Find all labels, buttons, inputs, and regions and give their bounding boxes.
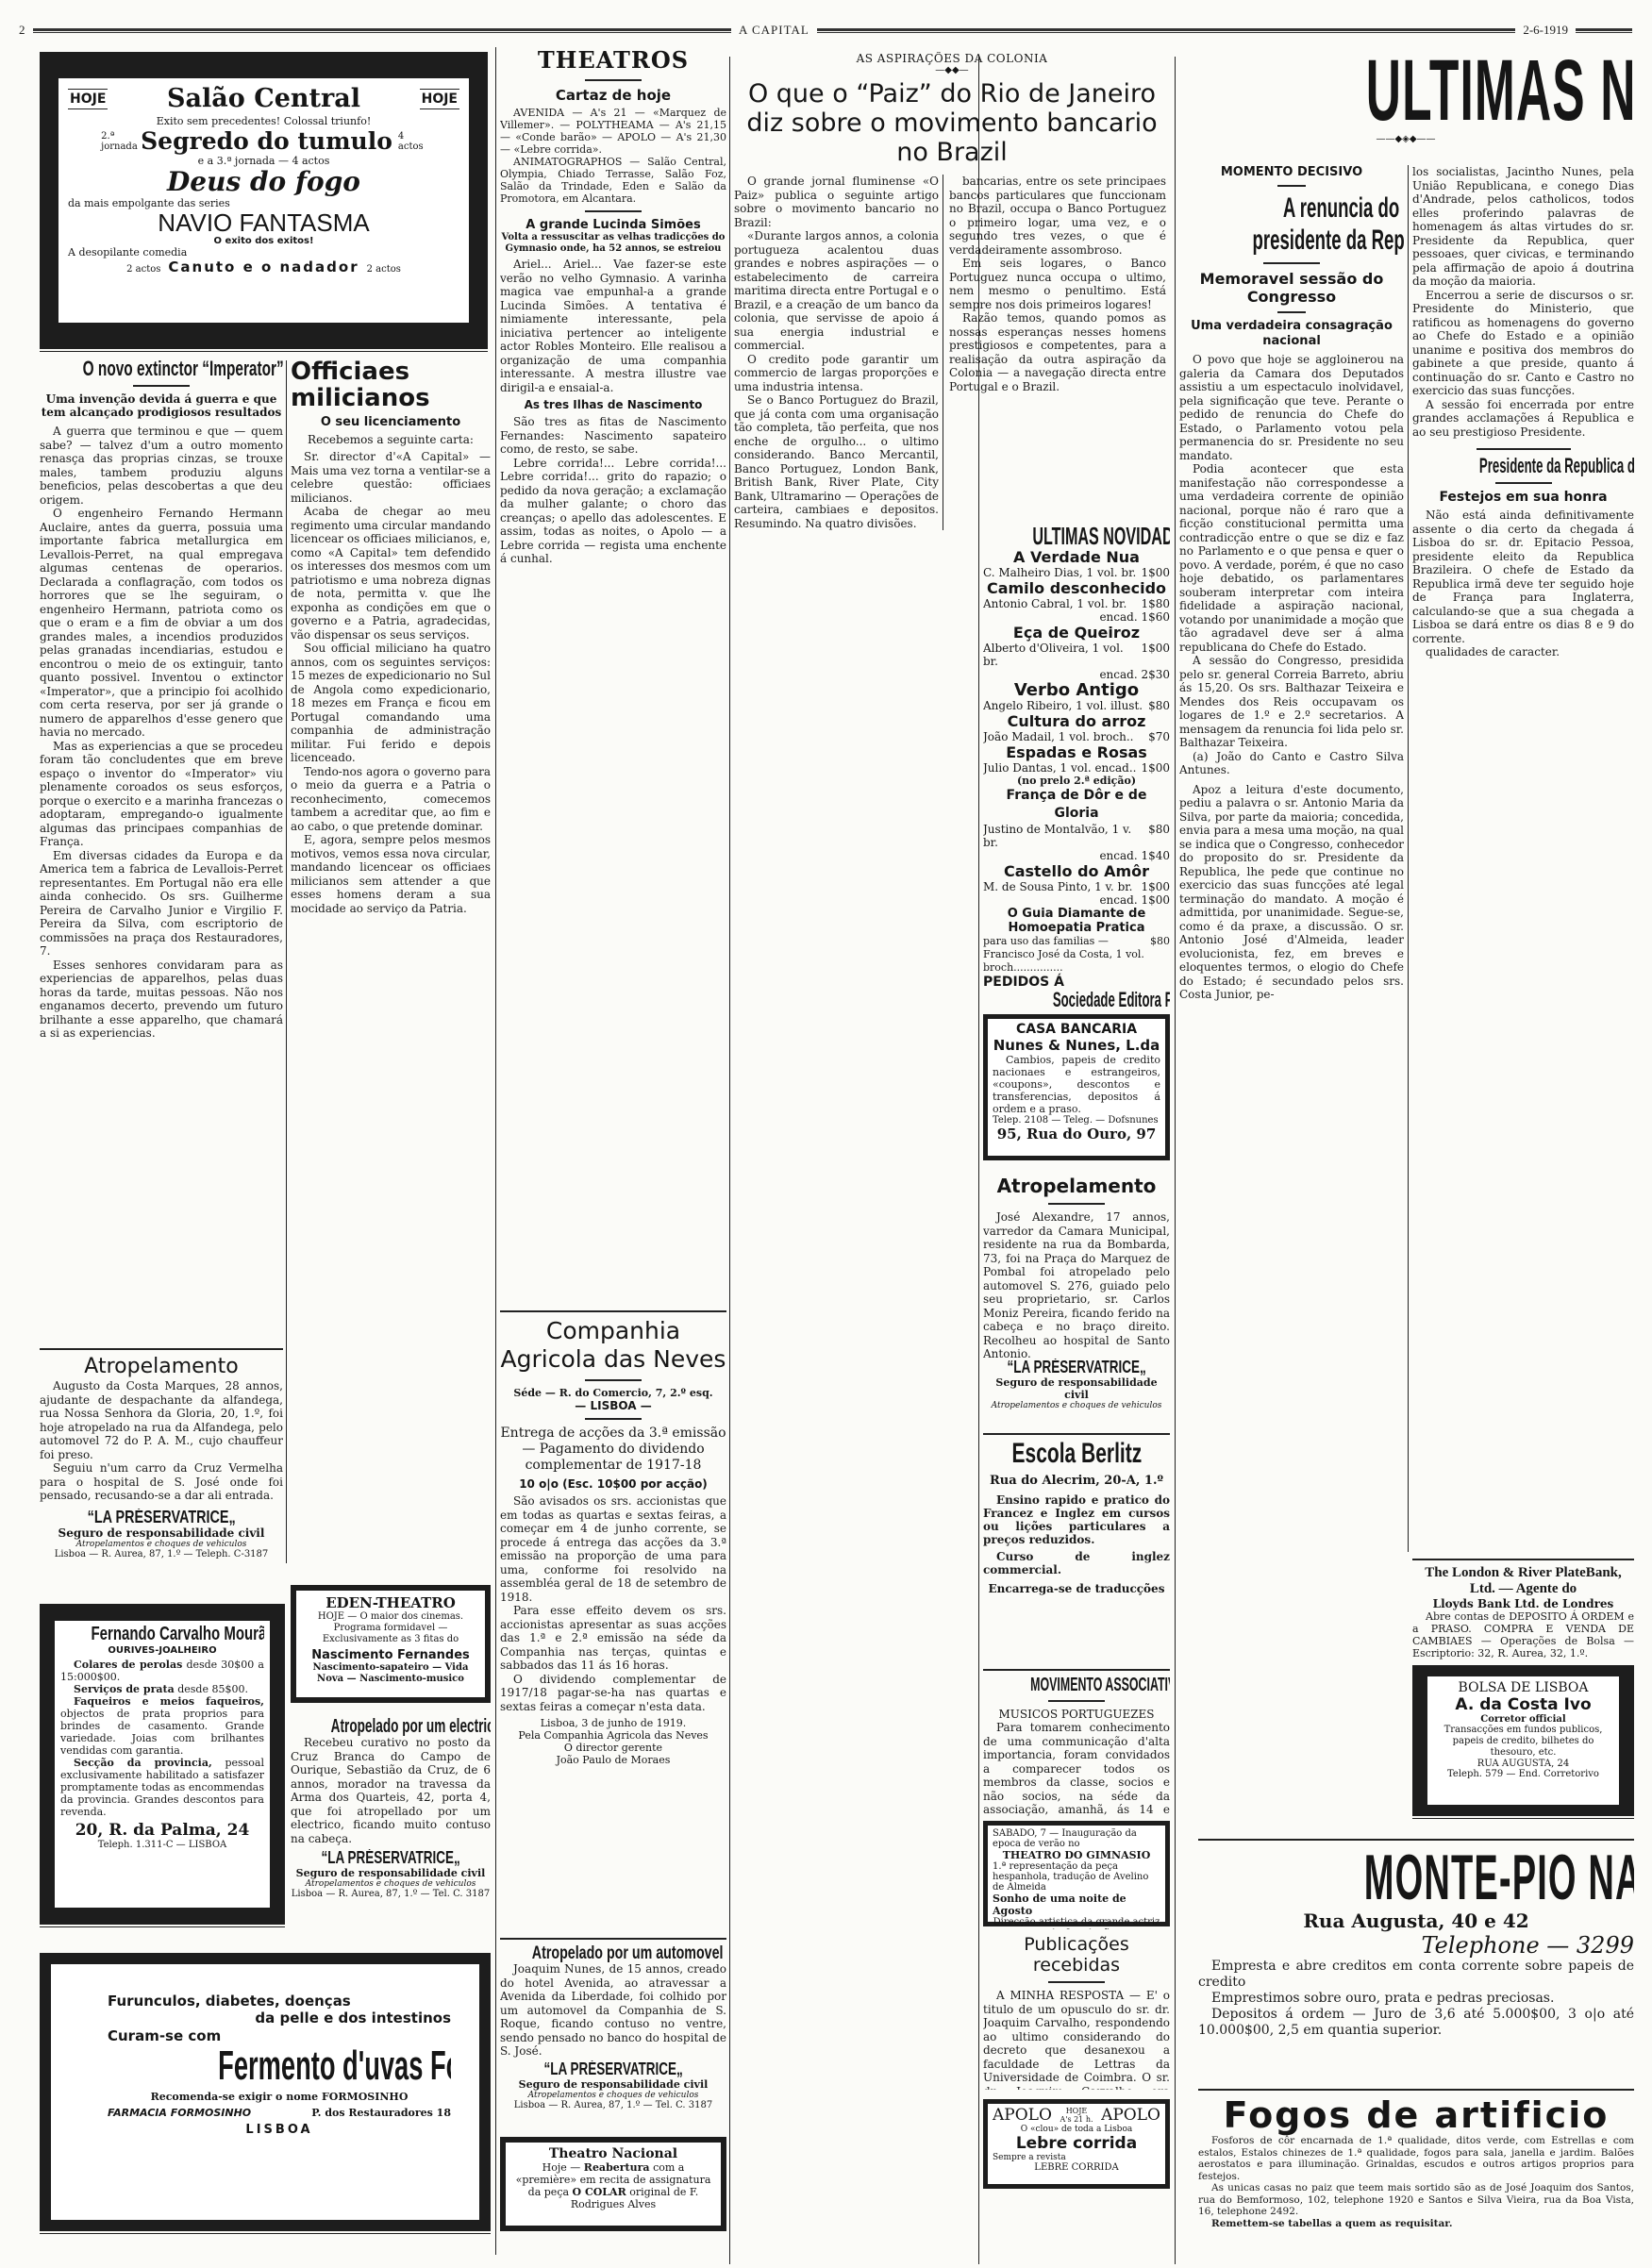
publisher-name: Sociedade Editora Portugal Brazil L.da bbox=[1043, 990, 1170, 1009]
actress-name: Lucinda Simões bbox=[993, 1927, 1160, 1929]
ad-paragraph: Depositos á ordem — Juro de 3,6 até 5.00… bbox=[1198, 2007, 1634, 2039]
divider bbox=[1412, 1559, 1634, 1561]
atropelamento-article: Atropelamento Augusto da Costa Marques, … bbox=[40, 1344, 283, 1566]
insurer-address: Lisboa — R. Aurea, 87, 1.º — Tel. C. 318… bbox=[500, 2100, 726, 2110]
film-acts: 4 actos bbox=[398, 131, 426, 152]
broker-name: A. da Costa Ivo bbox=[1433, 1695, 1613, 1714]
insurer-subline: Atropelamentos e choques de vehiculos bbox=[40, 1540, 283, 1549]
book-title: A Verdade Nua bbox=[983, 548, 1170, 566]
ultimas-noticias-banner: ULTIMAS NOTICIAS ——◆◈◆—— bbox=[1179, 47, 1632, 160]
renuncia-article-cont: los socialistas, Jacintho Nunes, pela Un… bbox=[1412, 165, 1634, 1543]
article-column: bancarias, entre os sete principaes banc… bbox=[949, 175, 1166, 530]
ad-trade: OURIVES-JOALHEIRO bbox=[60, 1645, 264, 1656]
comedy-title: Canuto e o nadador bbox=[168, 258, 359, 275]
ad-item-bold: Secção da provincia, bbox=[74, 1757, 212, 1769]
insurer-subline: Atropelamentos e choques de vehiculos bbox=[500, 2091, 726, 2100]
divider bbox=[1048, 1203, 1105, 1205]
book-price: 1$00 bbox=[1141, 566, 1170, 579]
broker-role: Corretor official bbox=[1433, 1714, 1613, 1725]
org-name: MUSICOS PORTUGUEZES bbox=[983, 1708, 1170, 1721]
series-title: NAVIO FANTASMA bbox=[68, 209, 459, 236]
article-paragraph: Ariel... Ariel... Vae fazer-se este verã… bbox=[500, 258, 726, 394]
london-bank-ad: The London & River PlateBank, Ltd. — Age… bbox=[1412, 1555, 1634, 1663]
article-paragraph: A MINHA RESPOSTA — E' o titulo de um opu… bbox=[983, 1989, 1170, 2090]
ad-paragraph: Fosforos de côr encarnada de 1.ª qualida… bbox=[1198, 2135, 1634, 2182]
berlitz-ad: Escola Berlitz Rua do Alecrim, 20-A, 1.º… bbox=[983, 1429, 1170, 1660]
divider bbox=[585, 1379, 642, 1381]
ad-line: LEBRE CORRIDA bbox=[993, 2162, 1160, 2173]
film-title-2: Deus do fogo bbox=[68, 167, 459, 197]
ad-hour: A's 21 h. bbox=[1060, 2115, 1093, 2124]
divider bbox=[500, 1310, 726, 1313]
ad-paragraph: Empresta e abre creditos em conta corren… bbox=[1198, 1959, 1634, 1991]
column-divider bbox=[1408, 165, 1409, 1552]
dividend-rate: 10 o|o (Esc. 10$00 por acção) bbox=[500, 1477, 726, 1491]
book-title: Verbo Antigo bbox=[983, 681, 1170, 699]
ad-phone: Teleph. 1.311-C — LISBOA bbox=[60, 1840, 264, 1850]
article-subhead: Uma invenção devida á guerra e que tem a… bbox=[40, 392, 283, 419]
book-note: (no prelo 2.ª edição) bbox=[983, 775, 1170, 787]
article-paragraph: Não está ainda definitivamente assente o… bbox=[1412, 509, 1634, 645]
bank-name: Nunes & Nunes, L.da bbox=[993, 1037, 1160, 1054]
article-paragraph: Lebre corrida!... Lebre corrida!... Lebr… bbox=[500, 457, 726, 566]
ad-line: da pelle e dos intestinos bbox=[108, 2010, 451, 2026]
ad-item: Faqueiros e meios faqueiros, objectos de… bbox=[60, 1695, 264, 1757]
book-bound-price: encad. 2$30 bbox=[983, 668, 1170, 681]
ad-phone: Telephone — 3299 bbox=[1198, 1932, 1634, 1959]
book-author: Julio Dantas, 1 vol. encad.. bbox=[983, 761, 1136, 775]
ad-item: Colares de perolas desde 30$00 a 15:000$… bbox=[60, 1659, 264, 1683]
article-headline: Atropelado por um electrico bbox=[331, 1717, 491, 1736]
book-price: $70 bbox=[1148, 730, 1170, 743]
book-price: $80 bbox=[1148, 699, 1170, 712]
article-paragraph: Em seis logares, o Banco Portuguez nunca… bbox=[949, 257, 1166, 311]
article-headline: A renuncia do sr. presidente da Republic… bbox=[1245, 192, 1404, 257]
article-subhead: Memoravel sessão do Congresso bbox=[1179, 270, 1404, 306]
theatre-listing: AVENIDA — A's 21 — «Marquez de Villemer»… bbox=[500, 107, 726, 156]
insurer-address: Lisboa — R. Aurea, 87, 1.º — Tel. C. 318… bbox=[291, 1889, 491, 1899]
book-row: Alberto d'Oliveira, 1 vol. br.1$00 bbox=[983, 642, 1170, 668]
article-headline: Officiaes milicianos bbox=[291, 359, 491, 411]
salao-central-ad: HOJE Salão Central HOJE Exito sem preced… bbox=[40, 52, 488, 354]
venue-name: APOLO bbox=[993, 2106, 1052, 2125]
play-title: Sonho de uma noite de Agosto bbox=[993, 1893, 1160, 1917]
notice-date: Lisboa, 3 de junho de 1919. bbox=[500, 1717, 726, 1729]
ad-address: 95, Rua do Ouro, 97 bbox=[993, 1126, 1160, 1142]
column-divider bbox=[729, 57, 730, 2264]
ad-note: Recomenda-se exigir o nome FORMOSINHO bbox=[108, 2091, 451, 2103]
ad-paragraph: Ensino rapido e pratico do Francez e Ing… bbox=[983, 1493, 1170, 1546]
school-address: Rua do Alecrim, 20-A, 1.º bbox=[983, 1474, 1170, 1488]
ad-item-text: desde 85$00. bbox=[177, 1683, 248, 1695]
ad-phone: Telep. 2108 — Teleg. — Dofsnunes bbox=[993, 1115, 1160, 1126]
gimnasio-ad: SABADO, 7 — Inauguração da epoca de verã… bbox=[983, 1821, 1170, 1929]
book-price: 1$00 bbox=[1141, 880, 1170, 893]
book-author: para uso das familias — Francisco José d… bbox=[983, 935, 1150, 975]
publicacoes-recebidas: Publicações recebidas A MINHA RESPOSTA —… bbox=[983, 1934, 1170, 2090]
ad-line: O «clou» de toda a Lisboa bbox=[993, 2125, 1160, 2134]
divider bbox=[585, 210, 642, 212]
ad-address: Rua Augusta, 40 e 42 bbox=[1198, 1909, 1634, 1932]
insurer-subline: Atropelamentos e choques de vehiculos bbox=[291, 1879, 491, 1889]
book-row: Angelo Ribeiro, 1 vol. illust.$80 bbox=[983, 699, 1170, 712]
theatros-section: THEATROS Cartaz de hoje AVENIDA — A's 21… bbox=[500, 47, 726, 774]
theatro-nacional-ad: Theatro Nacional Hoje — Reabertura com a… bbox=[500, 2137, 726, 2236]
book-title: Espadas e Rosas bbox=[983, 743, 1170, 761]
book-row: João Madail, 1 vol. broch..$70 bbox=[983, 730, 1170, 743]
divider bbox=[133, 385, 190, 387]
ad-body: Hoje — Reabertura com a «première» em re… bbox=[513, 2161, 713, 2210]
article-paragraph: qualidades de caracter. bbox=[1412, 645, 1634, 659]
article-paragraph: «Durante largos annos, a colonia portugu… bbox=[734, 229, 939, 353]
article-headline: Atropelamento bbox=[40, 1355, 283, 1379]
article-headline: A grande Lucinda Simões bbox=[500, 218, 726, 232]
article-paragraph: Se o Banco Portuguez do Brazil, que já c… bbox=[734, 393, 939, 530]
notice-company: Pela Companhia Agricola das Neves bbox=[500, 1729, 726, 1742]
ad-line: Furunculos, diabetes, doenças bbox=[108, 1993, 451, 2010]
ad-paragraph: As unicas casas no paiz que teem mais so… bbox=[1198, 2182, 1634, 2218]
book-title: Cultura do arroz bbox=[983, 712, 1170, 730]
ad-body: Cambios, papeis de credito nacionaes e e… bbox=[993, 1054, 1160, 1115]
bolsa-lisboa-ad: BOLSA DE LISBOA A. da Costa Ivo Corretor… bbox=[1412, 1665, 1634, 1821]
article-intro: Recebemos a seguinte carta: bbox=[291, 433, 491, 446]
section-title: MOVIMENTO ASSOCIATIVO bbox=[1030, 1676, 1170, 1694]
book-price: $80 bbox=[1150, 935, 1170, 975]
ad-address: 20, R. da Palma, 24 bbox=[60, 1821, 264, 1840]
ad-title: Fogos de artificio bbox=[1198, 2095, 1634, 2135]
divider bbox=[1277, 185, 1306, 187]
book-title: Camilo desconhecido bbox=[983, 579, 1170, 597]
ad-tagline: Exito sem precedentes! Colossal triunfo! bbox=[68, 115, 459, 127]
article-headline: O que o “Paiz” do Rio de Janeiro diz sob… bbox=[734, 79, 1170, 167]
school-name: Escola Berlitz bbox=[1011, 1440, 1142, 1468]
article-headline: Presidente da Republica do Brazil bbox=[1479, 456, 1634, 476]
book-author: Angelo Ribeiro, 1 vol. illust. bbox=[983, 699, 1143, 712]
ad-item-bold: Colares de perolas bbox=[74, 1659, 182, 1671]
book-price: $80 bbox=[1148, 823, 1170, 849]
monte-pio-ad: MONTE-PIO NACIONAL Rua Augusta, 40 e 42 … bbox=[1198, 1835, 1634, 2085]
ad-line: Curam-se com bbox=[108, 2026, 451, 2045]
notice-role: O director gerente bbox=[500, 1742, 726, 1754]
book-row: Julio Dantas, 1 vol. encad..1$00 bbox=[983, 761, 1170, 775]
section-title: Publicações recebidas bbox=[983, 1934, 1170, 1976]
article-paragraph: Sr. director d'«A Capital» — Mais uma ve… bbox=[291, 450, 491, 505]
article-subhead: Volta a ressuscitar as velhas tradicções… bbox=[500, 232, 726, 255]
casa-bancaria-ad: CASA BANCARIA Nunes & Nunes, L.da Cambio… bbox=[983, 1014, 1170, 1165]
insurer-address: Lisboa — R. Aurea, 87, 1.º — Teleph. C-3… bbox=[40, 1549, 283, 1559]
divider bbox=[1477, 448, 1571, 450]
ad-line: Direcção artistica da grande actriz bbox=[993, 1917, 1160, 1927]
divider bbox=[1198, 1839, 1634, 1842]
series-tagline: O exito dos exitos! bbox=[68, 236, 459, 246]
company-city: — LISBOA — bbox=[500, 1399, 726, 1412]
article-headline: As tres Ilhas de Nascimento bbox=[500, 398, 726, 411]
article-paragraph: Augusto da Costa Marques, 28 annos, ajud… bbox=[40, 1379, 283, 1461]
product-name: Fermento d'uvas Formosinho bbox=[218, 2045, 451, 2087]
divider bbox=[585, 1418, 642, 1420]
notice-paragraph: São avisados os srs. accionistas que em … bbox=[500, 1494, 726, 1604]
companhia-neves-notice: Companhia Agricola das Neves Séde — R. d… bbox=[500, 1307, 726, 1910]
book-bound-price: encad. 1$60 bbox=[983, 610, 1170, 624]
movimento-associativo: MOVIMENTO ASSOCIATIVO MUSICOS PORTUGUEZE… bbox=[983, 1665, 1170, 1816]
article-deck: Uma verdadeira consagração nacional bbox=[1179, 319, 1404, 349]
ad-line: 1.ª representação da peça hespanhola, tr… bbox=[993, 1861, 1160, 1893]
jornada-label: 2.ª jornada bbox=[101, 131, 135, 152]
ad-bold: Reabertura bbox=[584, 2161, 650, 2174]
apolo-ad: APOLO HOJEA's 21 h. APOLO O «clou» de to… bbox=[983, 2099, 1170, 2193]
masthead-rule bbox=[1576, 28, 1632, 33]
section-title: THEATROS bbox=[500, 47, 726, 74]
ad-item: Secção da provincia, pessoal exclusivame… bbox=[60, 1757, 264, 1818]
divider bbox=[983, 1669, 1170, 1672]
book-title: Eça de Queiroz bbox=[983, 624, 1170, 642]
bank-name: The London & River PlateBank, Ltd. — Age… bbox=[1412, 1565, 1634, 1597]
ad-title: CASA BANCARIA bbox=[993, 1022, 1160, 1037]
divider bbox=[983, 1433, 1170, 1436]
divider bbox=[585, 79, 642, 81]
divider bbox=[1048, 1700, 1105, 1702]
article-paragraph: A sessão foi encerrada por entre grandes… bbox=[1412, 398, 1634, 440]
ad-bold: O COLAR bbox=[573, 2186, 626, 2198]
book-title: O Guia Diamante de Homoepatia Pratica bbox=[983, 907, 1170, 935]
divider bbox=[1198, 2089, 1634, 2092]
newspaper-page: 2 A CAPITAL 2-6-1919 HOJE Salão Central … bbox=[0, 0, 1652, 2268]
article-headline: Atropelado por um automovel bbox=[532, 1944, 724, 1962]
article-paragraph: O engenheiro Fernando Hermann Auclaire, … bbox=[40, 507, 283, 740]
eden-theatro-ad: EDEN-THEATRO HOJE — O maior dos cinemas.… bbox=[291, 1585, 491, 1708]
column-divider bbox=[495, 47, 496, 2255]
masthead-rule bbox=[817, 28, 1516, 33]
article-paragraph: São tres as fitas de Nascimento Fernande… bbox=[500, 415, 726, 457]
book-row: Antonio Cabral, 1 vol. br.1$80 bbox=[983, 597, 1170, 610]
ad-paragraph: Encarrega-se de traducções bbox=[983, 1582, 1170, 1595]
article-paragraph: O credito pode garantir um commercio de … bbox=[734, 353, 939, 394]
divider bbox=[1048, 1981, 1105, 1983]
ad-title: EDEN-THEATRO bbox=[304, 1594, 477, 1611]
section-banner: ULTIMAS NOTICIAS bbox=[1366, 47, 1632, 134]
divider bbox=[40, 1348, 283, 1351]
article-paragraph: Tendo-nos agora o governo para o meio da… bbox=[291, 765, 491, 834]
show-title: Lebre corrida bbox=[993, 2134, 1160, 2153]
ad-paragraph: Curso de inglez commercial. bbox=[983, 1550, 1170, 1576]
article-headline: O novo extinctor “Imperator” bbox=[83, 359, 283, 379]
article-subhead: Festejos em sua honra bbox=[1412, 490, 1634, 505]
column-divider bbox=[286, 360, 287, 1563]
ad-body: Transacções em fundos publicos, papeis d… bbox=[1433, 1725, 1613, 1759]
book-row: Justino de Montalvão, 1 v. br.$80 bbox=[983, 823, 1170, 849]
page-date: 2-6-1919 bbox=[1523, 23, 1568, 38]
article-subhead: O seu licenciamento bbox=[291, 415, 491, 429]
article-paragraph: Podia acontecer que esta manifestação nã… bbox=[1179, 462, 1404, 654]
paper-name: A CAPITAL bbox=[739, 23, 809, 38]
ad-line: Sempre a revista bbox=[993, 2153, 1160, 2162]
book-author: Antonio Cabral, 1 vol. br. bbox=[983, 597, 1126, 610]
article-paragraph: Em diversas cidades da Europa e da Ameri… bbox=[40, 849, 283, 959]
article-paragraph: A guerra que terminou e que — quem sabe?… bbox=[40, 425, 283, 507]
article-paragraph: Recebeu curativo no posto da Cruz Branca… bbox=[291, 1736, 491, 1845]
ad-title: BOLSA DE LISBOA bbox=[1433, 1680, 1613, 1695]
book-author: Justino de Montalvão, 1 v. br. bbox=[983, 823, 1148, 849]
article-paragraph: Mas as experiencias a que se procedeu fo… bbox=[40, 740, 283, 849]
book-title: Castello do Amôr bbox=[983, 862, 1170, 880]
venue-name: APOLO bbox=[1101, 2106, 1160, 2125]
page-number: 2 bbox=[19, 23, 25, 38]
pharmacy-address: P. dos Restauradores 18 bbox=[311, 2107, 451, 2119]
ad-films: Nascimento-sapateiro — Vida Nova — Nasci… bbox=[304, 1662, 477, 1685]
article-paragraph: Razão temos, quando pomos as nossas espe… bbox=[949, 311, 1166, 393]
book-bound-price: encad. 1$40 bbox=[983, 849, 1170, 862]
notice-paragraph: Para esse effeito devem os srs. accionis… bbox=[500, 1604, 726, 1673]
notice-title: Companhia Agricola das Neves bbox=[500, 1317, 726, 1374]
ad-title: Fernando Carvalho Mourão bbox=[92, 1625, 264, 1643]
article-paragraph: Seguiu n'um carro da Cruz Vermelha para … bbox=[40, 1461, 283, 1503]
renuncia-article: MOMENTO DECISIVO A renuncia do sr. presi… bbox=[1179, 165, 1404, 1599]
film-title: Segredo do tumulo bbox=[141, 127, 392, 155]
ad-item-bold: Serviços de prata bbox=[74, 1683, 175, 1695]
masthead: 2 A CAPITAL 2-6-1919 bbox=[19, 21, 1632, 40]
divider bbox=[500, 1938, 726, 1941]
extinctor-article: O novo extinctor “Imperator” Uma invençã… bbox=[40, 359, 283, 1335]
book-price: 1$80 bbox=[1141, 597, 1170, 610]
ultimas-novidades-ad: ULTIMAS NOVIDADES A Verdade Nua C. Malhe… bbox=[983, 524, 1170, 1009]
section-subtitle: Cartaz de hoje bbox=[500, 87, 726, 104]
ad-paragraph: Emprestimos sobre ouro, prata e pedras p… bbox=[1198, 1991, 1634, 2007]
notice-subject: Entrega de acções da 3.ª emissão — Pagam… bbox=[500, 1426, 726, 1474]
insurer-name: “LA PRÉSERVATRICE„ bbox=[1007, 1359, 1145, 1376]
book-row: C. Malheiro Dias, 1 vol. br.1$00 bbox=[983, 566, 1170, 579]
atropelado-electrico-article: Atropelado por um electrico Recebeu cura… bbox=[291, 1717, 491, 1934]
article-paragraph: O povo que hoje se aggloinerou na galeri… bbox=[1179, 353, 1404, 462]
insurer-name: “LA PRÉSERVATRICE„ bbox=[87, 1509, 235, 1526]
article-paragraph: Acaba de chegar ao meu regimento uma cir… bbox=[291, 505, 491, 642]
article-paragraph: Esses senhores convidaram para as experi… bbox=[40, 959, 283, 1041]
book-row: M. de Sousa Pinto, 1 v. br.1$00 bbox=[983, 880, 1170, 893]
ad-title: MONTE-PIO NACIONAL bbox=[1364, 1845, 1634, 1909]
article-headline: Atropelamento bbox=[983, 1175, 1170, 1197]
book-author: C. Malheiro Dias, 1 vol. br. bbox=[983, 566, 1136, 579]
insurer-name: “LA PRÉSERVATRICE„ bbox=[543, 2060, 682, 2077]
book-author: Alberto d'Oliveira, 1 vol. br. bbox=[983, 642, 1141, 668]
insurer-tagline: Seguro de responsabilidade civil bbox=[291, 1867, 491, 1879]
article-paragraph: Encerrou a serie de discursos o sr. Pres… bbox=[1412, 289, 1634, 398]
insurer-tagline: Seguro de responsabilidade civil bbox=[40, 1526, 283, 1540]
comedy-acts: 2 actos bbox=[126, 264, 160, 275]
ad-item: Serviços de prata desde 85$00. bbox=[60, 1683, 264, 1695]
ad-text: Hoje — bbox=[542, 2161, 581, 2174]
atropelamento-article-2: Atropelamento José Alexandre, 17 annos, … bbox=[983, 1175, 1170, 1363]
preservatrice-ad: “LA PRÉSERVATRICE„ Seguro de responsabil… bbox=[983, 1359, 1170, 1415]
notice-paragraph: O dividendo complementar de 1917/18 paga… bbox=[500, 1673, 726, 1714]
article-paragraph: O grande jornal fluminense «O Paiz» publ… bbox=[734, 175, 939, 229]
book-price: 1$00 bbox=[1141, 642, 1170, 668]
hoje-label-right: HOJE bbox=[420, 89, 459, 109]
article-paragraph: Para tomarem conhecimento de uma communi… bbox=[983, 1721, 1170, 1816]
book-bound-price: encad. 1$00 bbox=[983, 893, 1170, 907]
comedy-acts: 2 actos bbox=[367, 264, 401, 275]
atropelado-automovel-article: Atropelado por um automovel Joaquim Nune… bbox=[500, 1934, 726, 2123]
pharmacy-name: FARMACIA FORMOSINHO bbox=[108, 2107, 251, 2119]
book-title: França de Dôr e de Gloria bbox=[983, 787, 1170, 823]
ad-title: Theatro Nacional bbox=[513, 2146, 713, 2161]
article-paragraph: bancarias, entre os sete principaes banc… bbox=[949, 175, 1166, 257]
insurer-subline: Atropelamentos e choques de vehiculos bbox=[983, 1401, 1170, 1410]
masthead-rule bbox=[33, 28, 732, 33]
officiaes-article: Officiaes milicianos O seu licenciamento… bbox=[291, 359, 491, 1557]
article-paragraph: Joaquim Nunes, de 15 annos, creado do ho… bbox=[500, 1962, 726, 2059]
article-paragraph: (a) João do Canto e Castro Silva Antunes… bbox=[1179, 750, 1404, 777]
ad-paragraph: Remettem-se tabellas a quem as requisita… bbox=[1198, 2218, 1634, 2230]
divider bbox=[1277, 311, 1306, 313]
divider bbox=[1495, 482, 1552, 484]
article-paragraph: Sou official miliciano ha quatro annos, … bbox=[291, 642, 491, 765]
article-column: O grande jornal fluminense «O Paiz» publ… bbox=[734, 175, 943, 530]
ad-title: ULTIMAS NOVIDADES bbox=[1032, 524, 1170, 548]
theatre-name: THEATRO DO GIMNASIO bbox=[993, 1849, 1160, 1861]
animatographos-listing: ANIMATOGRAPHOS — Salão Central, Olympia,… bbox=[500, 156, 726, 205]
insurer-tagline: Seguro de responsabilidade civil bbox=[983, 1376, 1170, 1401]
orders-label: PEDIDOS Á bbox=[983, 975, 1170, 990]
fogos-ad: Fogos de artificio Fosforos de côr encar… bbox=[1198, 2085, 1634, 2236]
formosinho-ad: Furunculos, diabetes, doenças da pelle e… bbox=[40, 1953, 491, 2236]
notice-signer: João Paulo de Moraes bbox=[500, 1754, 726, 1766]
book-author: M. de Sousa Pinto, 1 v. br. bbox=[983, 880, 1132, 893]
book-price: 1$00 bbox=[1141, 761, 1170, 775]
book-author: João Madail, 1 vol. broch.. bbox=[983, 730, 1133, 743]
ad-line: HOJE — O maior dos cinemas. Programa for… bbox=[304, 1611, 477, 1645]
company-address: Séde — R. do Comercio, 7, 2.º esq. bbox=[500, 1387, 726, 1399]
divider bbox=[1263, 262, 1320, 264]
book-row: para uso das familias — Francisco José d… bbox=[983, 935, 1170, 975]
article-paragraph: José Alexandre, 17 annos, varredor da Ca… bbox=[983, 1210, 1170, 1361]
ad-hoje: HOJE bbox=[1066, 2107, 1088, 2115]
bank-agent: Lloyds Bank Ltd. de Londres bbox=[1412, 1597, 1634, 1610]
hoje-label-left: HOJE bbox=[68, 89, 108, 109]
article-paragraph: A sessão do Congresso, presidida pelo sr… bbox=[1179, 654, 1404, 750]
mourao-jeweller-ad: Fernando Carvalho Mourão OURIVES-JOALHEI… bbox=[40, 1604, 285, 1929]
pharmacy-city: LISBOA bbox=[108, 2123, 451, 2137]
article-paragraph: E, agora, sempre pelos mesmos motivos, v… bbox=[291, 833, 491, 915]
ad-item-text: objectos de prata proprios para brindes … bbox=[60, 1708, 264, 1757]
insurer-name: “LA PRÉSERVATRICE„ bbox=[321, 1849, 459, 1866]
ad-line: SABADO, 7 — Inauguração da epoca de verã… bbox=[993, 1828, 1160, 1849]
article-paragraph: Apoz a leitura d'este documento, pediu a… bbox=[1179, 783, 1404, 1002]
ad-item-bold: Faqueiros e meios faqueiros, bbox=[74, 1695, 264, 1708]
ad-body: Abre contas de DEPOSITO Á ORDEM e a PRAS… bbox=[1412, 1610, 1634, 1659]
comedy-intro: A desopilante comedia bbox=[68, 246, 459, 258]
ad-address: RUA AUGUSTA, 24 bbox=[1433, 1759, 1613, 1769]
insurer-tagline: Seguro de responsabilidade civil bbox=[500, 2078, 726, 2091]
column-divider bbox=[1175, 57, 1176, 2264]
ad-star: Nascimento Fernandes bbox=[304, 1648, 477, 1662]
ad-phone: Teleph. 579 — End. Corretorivo bbox=[1433, 1769, 1613, 1779]
article-paragraph: los socialistas, Jacintho Nunes, pela Un… bbox=[1412, 165, 1634, 289]
article-kicker: AS ASPIRAÇÕES DA COLONIA bbox=[734, 52, 1170, 65]
venue-title: Salão Central bbox=[167, 84, 360, 113]
article-kicker: MOMENTO DECISIVO bbox=[1179, 165, 1404, 179]
